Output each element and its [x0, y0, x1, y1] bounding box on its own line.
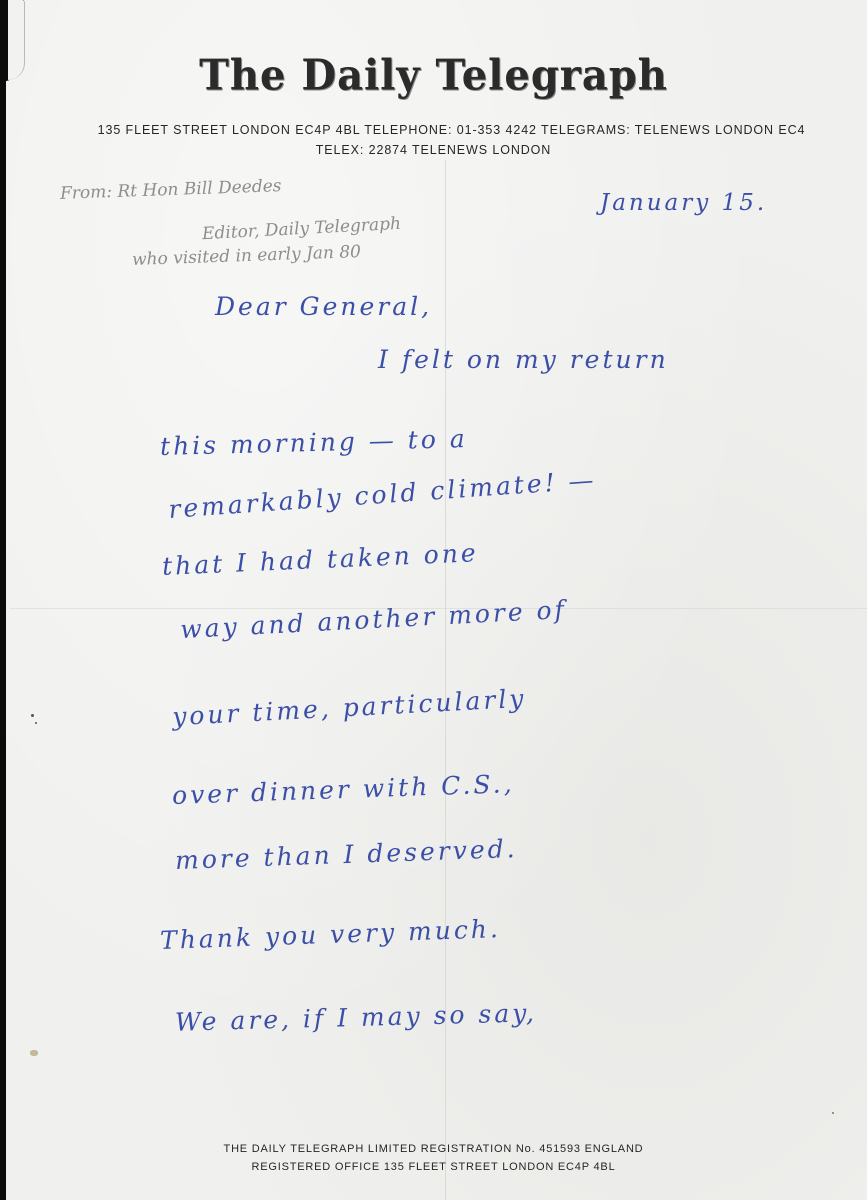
annotation-title: Editor, Daily Telegraph	[202, 214, 402, 244]
letter-line: way and another more of	[180, 595, 568, 644]
vertical-fold-line	[445, 160, 446, 1200]
letter-line: remarkably cold climate! —	[168, 465, 598, 524]
letterhead-masthead: The Daily Telegraph	[0, 51, 867, 100]
letter-line: that I had taken one	[162, 538, 480, 581]
letter-page: The Daily Telegraph 135 FLEET STREET LON…	[0, 0, 867, 1200]
annotation-from: From: Rt Hon Bill Deedes	[60, 176, 282, 204]
letter-line: more than I deserved.	[175, 834, 518, 875]
letter-line: I felt on my return	[378, 345, 669, 374]
footer-registration: THE DAILY TELEGRAPH LIMITED REGISTRATION…	[0, 1143, 867, 1155]
letter-line: your time, particularly	[171, 684, 527, 732]
letter-line: We are, if I may so say,	[175, 998, 538, 1036]
letterhead-address-line-2: TELEX: 22874 TELENEWS LONDON	[0, 143, 867, 157]
footer-registered-office: REGISTERED OFFICE 135 FLEET STREET LONDO…	[0, 1161, 867, 1173]
annotation-visit-note: who visited in early Jan 80	[132, 242, 362, 270]
paper-speck	[35, 722, 37, 724]
letterhead-address-line-1: 135 FLEET STREET LONDON EC4P 4BL TELEPHO…	[18, 123, 867, 137]
letter-date: January 15.	[600, 190, 767, 216]
paper-speck	[31, 714, 34, 717]
letter-salutation: Dear General,	[215, 292, 432, 321]
paper-speck	[832, 1112, 834, 1114]
letter-line: this morning — to a	[160, 424, 468, 461]
scanner-edge	[0, 0, 6, 1200]
letter-line: Thank you very much.	[160, 914, 502, 955]
paper-stain	[30, 1050, 38, 1056]
letter-line: over dinner with C.S.,	[172, 769, 515, 810]
